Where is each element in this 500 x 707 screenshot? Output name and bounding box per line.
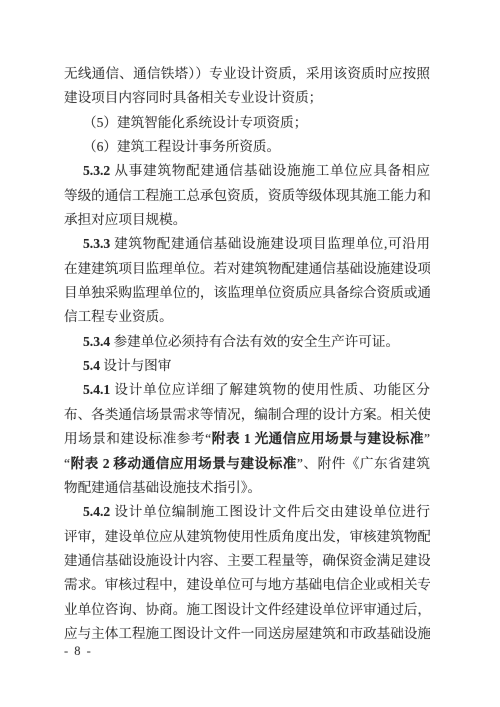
body-text: 承担对应项目规模。 xyxy=(64,212,186,227)
body-text: （5）建筑智能化系统设计专项资质； xyxy=(83,115,307,130)
emphasis-text: 5.4 xyxy=(83,358,100,373)
text-block: 无线通信、通信铁塔））专业设计资质，采用该资质时应按照建设项目内容同时具备相关专… xyxy=(64,62,430,646)
page-background: 无线通信、通信铁塔））专业设计资质，采用该资质时应按照建设项目内容同时具备相关专… xyxy=(0,0,500,707)
text-line: 在建建筑项目监理单位。若对建筑物配建通信基础设施建设项 xyxy=(64,257,430,281)
emphasis-text: 5.3.4 xyxy=(83,334,110,349)
body-text: 设计与图审 xyxy=(100,358,171,373)
body-text: 布、各类通信场景需求等情况，编制合理的设计方案。相关使 xyxy=(64,407,430,422)
text-line: 应与主体工程施工图设计文件一同送房屋建筑和市政基础设施 xyxy=(64,622,430,646)
text-line: 5.4.1 设计单位应详细了解建筑物的使用性质、功能区分 xyxy=(64,378,430,402)
body-text: 应与主体工程施工图设计文件一同送房屋建筑和市政基础设施 xyxy=(64,626,430,641)
body-text: 评审，建设单位应从建筑物使用性质角度出发，审核建筑物配 xyxy=(64,529,430,544)
emphasis-text: 5.4.2 xyxy=(83,504,110,519)
emphasis-text: 附表 1 光通信应用场景与建设标准 xyxy=(211,431,424,446)
text-line: 评审，建设单位应从建筑物使用性质角度出发，审核建筑物配 xyxy=(64,525,430,549)
text-line: 布、各类通信场景需求等情况，编制合理的设计方案。相关使 xyxy=(64,403,430,427)
page-number: - 8 - xyxy=(64,644,92,659)
emphasis-text: 5.3.3 xyxy=(83,236,110,251)
text-line: 业单位咨询、协商。施工图设计文件经建设单位评审通过后， xyxy=(64,598,430,622)
text-line: 信工程专业资质。 xyxy=(64,305,430,329)
body-text: （6）建筑工程设计事务所资质。 xyxy=(83,139,280,154)
body-text: 设计单位编制施工图设计文件后交由建设单位进行 xyxy=(110,504,430,519)
body-text: 从事建筑物配建通信基础设施施工单位应具备相应 xyxy=(110,163,430,178)
body-text: 等级的通信工程施工总承包资质，资质等级体现其施工能力和 xyxy=(64,188,430,203)
text-line: 用场景和建设标准参考“附表 1 光通信应用场景与建设标准” xyxy=(64,427,430,451)
body-text: 用场景和建设标准参考“ xyxy=(64,431,211,446)
text-line: 需求。审核过程中，建设单位可与地方基础电信企业或相关专 xyxy=(64,573,430,597)
text-line: 5.4 设计与图审 xyxy=(64,354,430,378)
emphasis-text: 附表 2 移动通信应用场景与建设标准 xyxy=(70,456,297,471)
body-text: 物配建通信基础设施技术指引》。 xyxy=(64,480,261,495)
body-text: 目单独采购监理单位的，该监理单位资质应具备综合资质或通 xyxy=(64,285,430,300)
body-text: 业单位咨询、协商。施工图设计文件经建设单位评审通过后， xyxy=(64,602,430,617)
emphasis-text: 5.3.2 xyxy=(83,163,110,178)
body-text: 建通信基础设施设计内容、主要工程量等，确保资金满足建设 xyxy=(64,553,430,568)
text-line: （5）建筑智能化系统设计专项资质； xyxy=(64,111,430,135)
text-line: 建通信基础设施设计内容、主要工程量等，确保资金满足建设 xyxy=(64,549,430,573)
text-line: 目单独采购监理单位的，该监理单位资质应具备综合资质或通 xyxy=(64,281,430,305)
text-line: 5.4.2 设计单位编制施工图设计文件后交由建设单位进行 xyxy=(64,500,430,524)
body-text: 在建建筑项目监理单位。若对建筑物配建通信基础设施建设项 xyxy=(64,261,430,276)
body-text: 信工程专业资质。 xyxy=(64,309,173,324)
text-line: “附表 2 移动通信应用场景与建设标准”、附件《广东省建筑 xyxy=(64,452,430,476)
text-line: 物配建通信基础设施技术指引》。 xyxy=(64,476,430,500)
text-line: 5.3.4 参建单位必须持有合法有效的安全生产许可证。 xyxy=(64,330,430,354)
emphasis-text: 5.4.1 xyxy=(83,382,110,397)
text-line: 等级的通信工程施工总承包资质，资质等级体现其施工能力和 xyxy=(64,184,430,208)
text-line: 5.3.2 从事建筑物配建通信基础设施施工单位应具备相应 xyxy=(64,159,430,183)
text-line: 5.3.3 建筑物配建通信基础设施建设项目监理单位,可沿用 xyxy=(64,232,430,256)
body-text: 设计单位应详细了解建筑物的使用性质、功能区分 xyxy=(110,382,430,397)
body-text: 无线通信、通信铁塔））专业设计资质，采用该资质时应按照 xyxy=(64,66,430,81)
body-text: 需求。审核过程中，建设单位可与地方基础电信企业或相关专 xyxy=(64,577,430,592)
text-line: （6）建筑工程设计事务所资质。 xyxy=(64,135,430,159)
text-line: 建设项目内容同时具备相关专业设计资质； xyxy=(64,86,430,110)
body-text: 建筑物配建通信基础设施建设项目监理单位,可沿用 xyxy=(110,236,430,251)
body-text: ” xyxy=(424,431,430,446)
text-line: 无线通信、通信铁塔））专业设计资质，采用该资质时应按照 xyxy=(64,62,430,86)
body-text: ”、附件《广东省建筑 xyxy=(297,456,430,471)
text-line: 承担对应项目规模。 xyxy=(64,208,430,232)
document-page: { "document": { "page_number": "- 8 -", … xyxy=(0,0,500,707)
body-text: 参建单位必须持有合法有效的安全生产许可证。 xyxy=(110,334,399,349)
body-text: 建设项目内容同时具备相关专业设计资质； xyxy=(64,90,322,105)
